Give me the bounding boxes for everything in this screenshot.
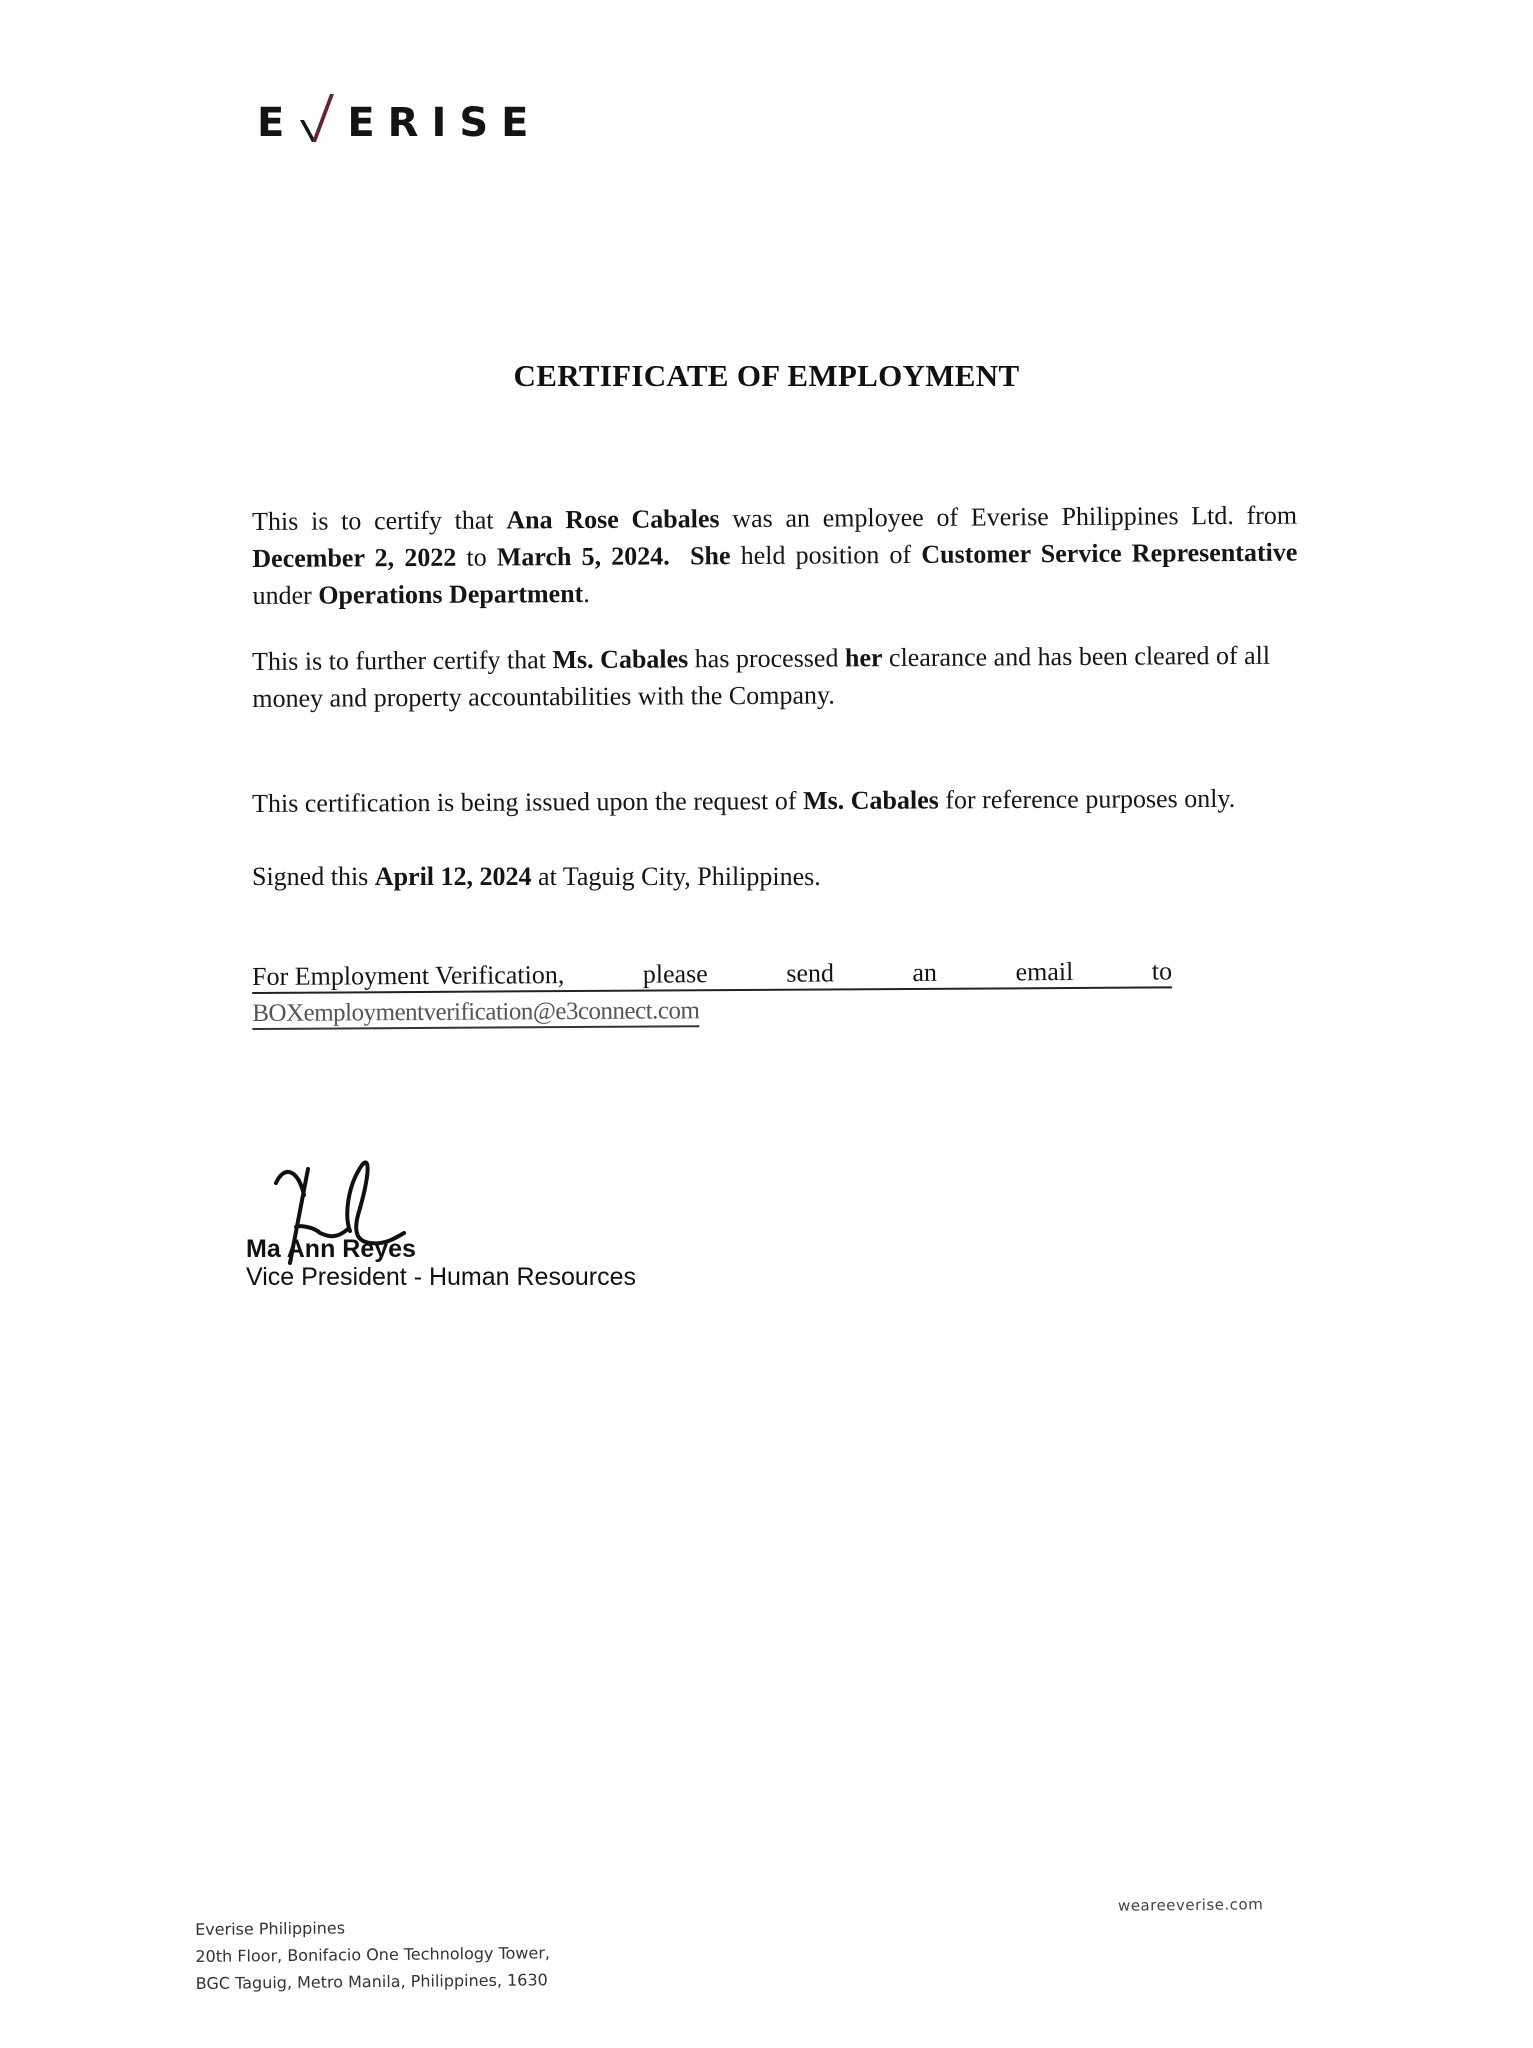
- footer-address-line1: 20th Floor, Bonifacio One Technology Tow…: [195, 1939, 550, 1970]
- text: held position of: [730, 540, 921, 570]
- verification-notice: For Employment Verification, please send…: [252, 956, 1172, 1032]
- paragraph-clearance: This is to further certify that Ms. Caba…: [252, 637, 1297, 717]
- position: Customer Service Representative: [921, 538, 1297, 569]
- employee-ref: Ms. Cabales: [803, 785, 939, 815]
- footer-website-link[interactable]: weareeverise.com: [1118, 1895, 1263, 1915]
- signatory-name: Ma Ann Reyes: [246, 1235, 416, 1264]
- department: Operations Department: [318, 579, 583, 610]
- text: an: [912, 958, 937, 988]
- employee-ref: Ms. Cabales: [552, 644, 688, 674]
- text: [670, 541, 680, 570]
- verification-email-link[interactable]: BOXemploymentverification@e3connect.com: [252, 997, 699, 1030]
- text: This is to certify that: [252, 505, 506, 536]
- end-date: March 5, 2024.: [497, 541, 670, 571]
- text: for reference purposes only.: [939, 784, 1236, 815]
- paragraph-signed-date: Signed this April 12, 2024 at Taguig Cit…: [252, 858, 1297, 895]
- text: to: [456, 543, 497, 572]
- verification-line: For Employment Verification, please send…: [252, 956, 1172, 994]
- text: has processed: [688, 643, 845, 673]
- text: to: [1152, 956, 1172, 986]
- pronoun: She: [690, 541, 731, 570]
- text: was an employee of Everise Philippines L…: [719, 501, 1297, 534]
- signed-date: April 12, 2024: [375, 862, 532, 891]
- text: at Taguig City, Philippines.: [532, 862, 821, 891]
- signatory-title: Vice President - Human Resources: [246, 1263, 636, 1292]
- text: For Employment Verification,: [252, 960, 564, 992]
- text: This is to further certify that: [252, 645, 553, 676]
- document-title: CERTIFICATE OF EMPLOYMENT: [0, 358, 1533, 394]
- text: This certification is being issued upon …: [252, 786, 803, 818]
- footer-address-line2: BGC Taguig, Metro Manila, Philippines, 1…: [196, 1966, 551, 1997]
- paragraph-purpose: This certification is being issued upon …: [252, 780, 1297, 822]
- footer-address: Everise Philippines 20th Floor, Bonifaci…: [195, 1912, 550, 1997]
- logo-letters: ERISE: [347, 100, 541, 146]
- text: .: [583, 579, 590, 608]
- employee-name: Ana Rose Cabales: [506, 504, 719, 534]
- text: Signed this: [252, 862, 375, 891]
- start-date: December 2, 2022: [252, 543, 456, 573]
- text: please: [643, 959, 708, 989]
- footer-company: Everise Philippines: [195, 1912, 550, 1943]
- text: under: [252, 581, 318, 610]
- pronoun: her: [845, 643, 883, 672]
- text: send: [786, 958, 834, 988]
- logo-letter-e: E: [257, 100, 297, 146]
- text: email: [1015, 957, 1073, 987]
- checkmark-v-icon: [297, 102, 337, 146]
- paragraph-employment-details: This is to certify that Ana Rose Cabales…: [252, 497, 1298, 614]
- everise-logo: E ERISE: [257, 100, 541, 146]
